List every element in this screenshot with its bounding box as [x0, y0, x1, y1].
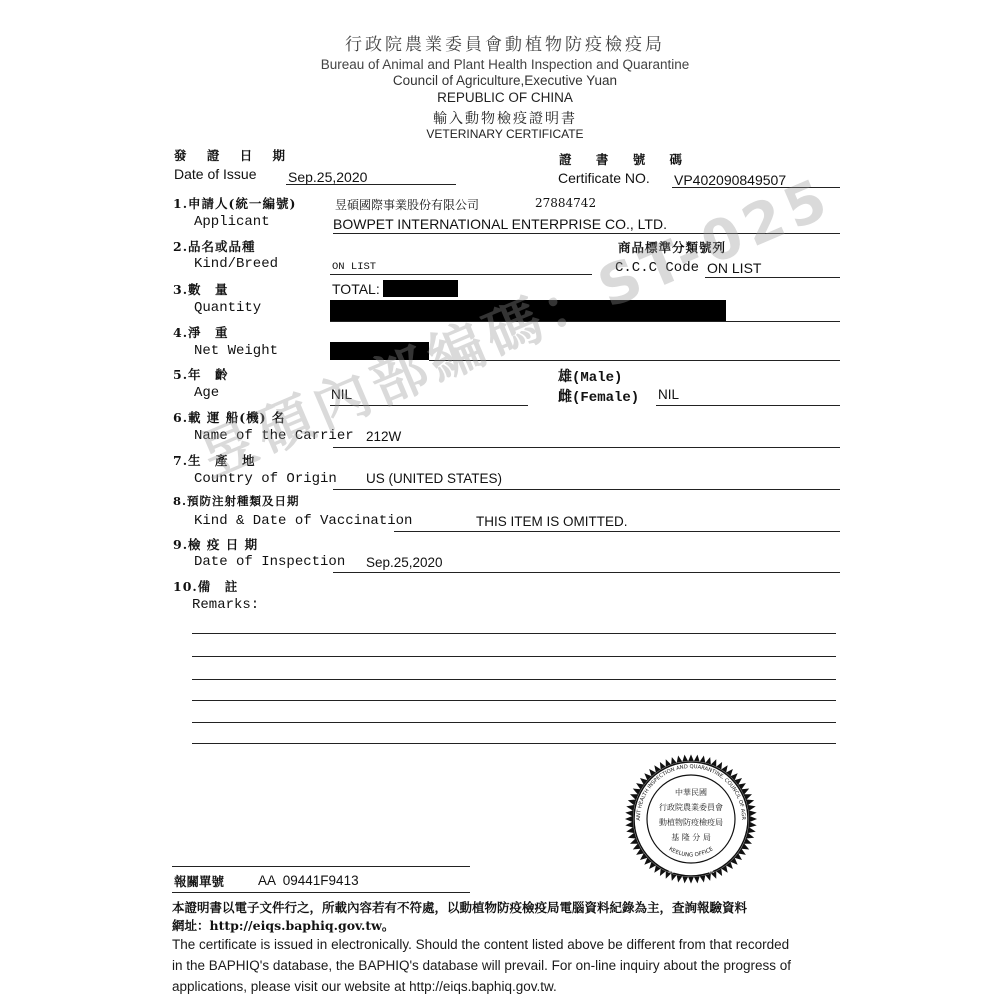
country-name: REPUBLIC OF CHINA [0, 90, 1000, 105]
net-weight-label: Net Weight [194, 343, 278, 359]
female-label: 雌(Female) [558, 386, 639, 406]
official-seal: BUREAU OF ANIMAL AND PLANT HEALTH INSPEC… [606, 752, 776, 887]
net-weight-label-cn: 4.淨 重 [173, 323, 229, 341]
issue-date-value: Sep.25,2020 [288, 169, 367, 185]
document-title-cn: 輸入動物檢疫證明書 [0, 108, 1000, 128]
kind-label: Kind/Breed [194, 256, 278, 272]
notice-en-line3: applications, please visit our website a… [172, 976, 557, 997]
sex-value: NIL [658, 387, 679, 402]
ccc-code-label: C.C.C Code [615, 260, 699, 276]
age-value: NIL [331, 387, 352, 402]
male-label: 雄(Male) [558, 366, 622, 386]
applicant-value: BOWPET INTERNATIONAL ENTERPRISE CO., LTD… [333, 216, 667, 232]
ccc-code-value: ON LIST [707, 260, 761, 276]
customs-no-value: AA 09441F9413 [258, 873, 359, 888]
customs-no-label: 報關單號 [174, 872, 224, 890]
svg-text:基 隆 分 局: 基 隆 分 局 [671, 832, 711, 842]
carrier-value: 212W [366, 429, 401, 444]
applicant-label: Applicant [194, 214, 270, 230]
applicant-tax-id: 27884742 [535, 196, 596, 210]
quantity-total-redaction [383, 280, 458, 297]
vaccination-value: THIS ITEM IS OMITTED. [476, 514, 628, 529]
notice-en-line1: The certificate is issued in electronica… [172, 934, 789, 955]
quantity-redaction [330, 300, 726, 321]
seal-icon: BUREAU OF ANIMAL AND PLANT HEALTH INSPEC… [606, 752, 776, 887]
certificate-no-label: Certificate NO. [558, 170, 650, 186]
svg-text:行政院農業委員會: 行政院農業委員會 [659, 802, 723, 812]
inspection-value: Sep.25,2020 [366, 555, 443, 570]
remarks-label-cn: 10.備 註 [173, 577, 238, 595]
notice-en-line2: in the BAPHIQ's database, the BAPHIQ's d… [172, 955, 791, 976]
ccc-code-label-cn: 商品標準分類號列 [618, 238, 726, 256]
quantity-label: Quantity [194, 300, 261, 316]
council-name: Council of Agriculture,Executive Yuan [0, 73, 1000, 88]
quantity-total-label: TOTAL: [332, 281, 380, 297]
origin-label-cn: 7.生 產 地 [173, 451, 256, 469]
applicant-company-cn: 昱碩國際事業股份有限公司 [335, 196, 479, 213]
origin-label: Country of Origin [194, 471, 337, 487]
age-label: Age [194, 385, 219, 401]
net-weight-redaction [330, 342, 429, 360]
kind-value: ON LIST [332, 261, 376, 273]
inspection-label: Date of Inspection [194, 554, 345, 570]
agency-name-en: Bureau of Animal and Plant Health Inspec… [0, 57, 1000, 72]
document-title-en: VETERINARY CERTIFICATE [0, 127, 1000, 141]
svg-text:REPUBLIC OF CHINA: REPUBLIC OF CHINA [668, 869, 714, 875]
vaccination-label: Kind & Date of Vaccination [194, 513, 412, 529]
certificate-no-label-cn: 證 書 號 碼 [559, 150, 692, 168]
carrier-label-cn: 6.載 運 船(機) 名 [173, 408, 285, 426]
age-label-cn: 5.年 齡 [173, 365, 229, 383]
issue-date-label: Date of Issue [174, 166, 257, 182]
remarks-label: Remarks: [192, 597, 259, 613]
notice-cn-line1: 本證明書以電子文件行之，所載內容若有不符處，以動植物防疫檢疫局電腦資料紀錄為主，… [172, 898, 747, 916]
agency-name-cn: 行政院農業委員會動植物防疫檢疫局 [0, 30, 1000, 55]
inspection-label-cn: 9.檢 疫 日 期 [173, 535, 258, 553]
notice-cn-line2: 網址：http://eiqs.baphiq.gov.tw。 [172, 916, 394, 934]
svg-text:中華民國: 中華民國 [675, 787, 707, 797]
carrier-label: Name of the Carrier [194, 428, 354, 444]
certificate-no-value: VP402090849507 [674, 172, 786, 188]
vaccination-label-cn: 8.預防注射種類及日期 [173, 493, 300, 509]
quantity-label-cn: 3.數 量 [173, 280, 229, 298]
svg-text:動植物防疫檢疫局: 動植物防疫檢疫局 [659, 817, 723, 827]
applicant-label-cn: 1.申請人(統一編號) [173, 194, 296, 212]
origin-value: US (UNITED STATES) [366, 471, 502, 486]
kind-label-cn: 2.品名或品種 [173, 237, 256, 255]
issue-date-label-cn: 發 證 日 期 [174, 146, 293, 164]
